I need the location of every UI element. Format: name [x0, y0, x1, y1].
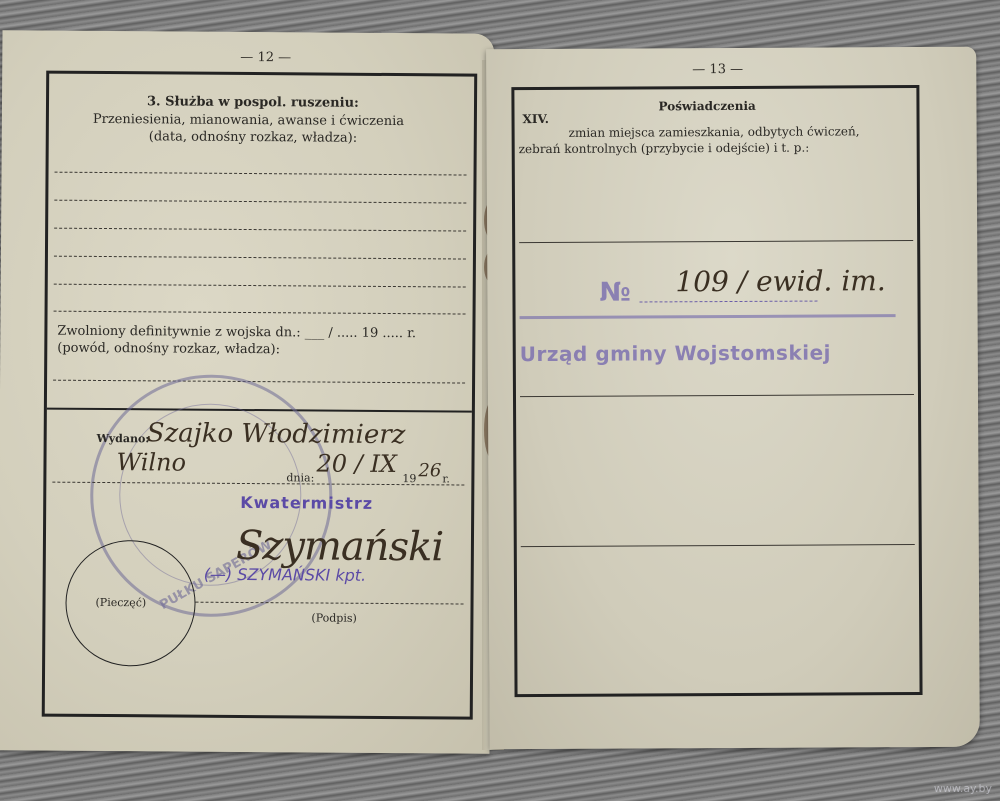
year-prefix: 19: [402, 472, 416, 485]
stamp-dotted-line: [639, 301, 817, 303]
section-number-right: XIV.: [523, 112, 549, 126]
entry-line: [519, 240, 913, 243]
right-page-frame: XIV. Poświadczenia zmian miejsca zamiesz…: [511, 85, 922, 697]
page-number-right: — 13 —: [692, 62, 743, 77]
page-number-left: — 12 —: [240, 50, 291, 65]
entry-line: [54, 311, 466, 315]
entry-line: [54, 284, 466, 288]
left-page-frame: 3. Służba w pospol. ruszeniu: Przeniesie…: [42, 71, 477, 720]
entry-line: [521, 544, 915, 547]
section-subtitle-right-1: zmian miejsca zamieszkania, odbytych ćwi…: [569, 124, 860, 140]
right-page: — 13 — XIV. Poświadczenia zmian miejsca …: [486, 47, 980, 750]
entry-line: [54, 200, 466, 204]
entry-line: [54, 256, 466, 260]
discharge-reason-label: (powód, odnośny rozkaz, władza):: [57, 341, 280, 358]
watermark: www.ay.by: [934, 782, 992, 795]
issued-handwritten-place: Wilno: [116, 448, 186, 476]
section-subtitle-1: Przeniesienia, mianowania, awanse i ćwic…: [93, 112, 404, 129]
entry-line: [55, 172, 467, 176]
office-stamp: Urząd gminy Wojstomskiej: [520, 340, 831, 366]
issued-label: Wydano:: [97, 432, 150, 445]
stamp-underline: [520, 314, 896, 319]
year-handwritten: 26: [418, 460, 441, 481]
section-title-right: Poświadczenia: [658, 99, 755, 114]
left-page: — 12 — 3. Służba w pospol. ruszeniu: Prz…: [0, 30, 495, 753]
issued-handwritten-name: Szajko Włodzimierz: [147, 418, 406, 450]
discharge-label: Zwolniony definitywnie z wojska dn.: ___…: [57, 324, 416, 342]
date-label: dnia:: [286, 471, 314, 484]
year-suffix: r.: [442, 472, 450, 485]
seal-label: (Pieczęć): [95, 596, 146, 609]
quartermaster-stamp: Kwatermistrz: [240, 493, 373, 513]
section-title-left: 3. Służba w pospol. ruszeniu:: [147, 94, 359, 110]
entry-line: [54, 228, 466, 232]
date-handwritten: 20 / IX: [316, 449, 397, 478]
number-stamp: №: [599, 278, 630, 308]
handwritten-entry: 109 / ewid. im.: [675, 264, 885, 298]
signature-label: (Podpis): [311, 611, 357, 624]
name-stamp: (—) SZYMAŃSKI kpt.: [204, 565, 367, 585]
section-subtitle-2: (data, odnośny rozkaz, władza):: [149, 129, 357, 145]
entry-line: [53, 380, 465, 384]
entry-line: [520, 394, 914, 397]
signature-handwritten: Szymański: [236, 523, 443, 570]
section-subtitle-right-2: zebrań kontrolnych (przybycie i odejście…: [519, 141, 810, 157]
